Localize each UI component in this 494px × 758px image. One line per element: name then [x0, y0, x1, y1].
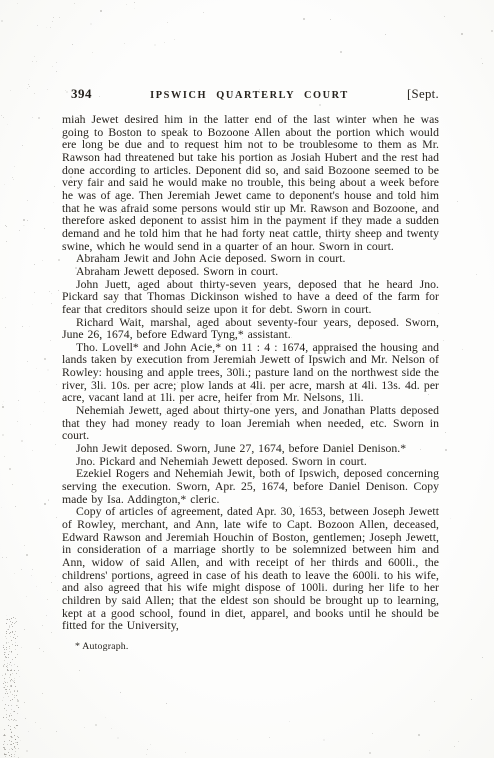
- issue-month: [Sept.: [407, 87, 439, 102]
- paragraph: John Juett, aged about thirty-seven year…: [62, 279, 439, 317]
- scanned-book-page: 394 IPSWICH QUARTERLY COURT [Sept. miah …: [0, 0, 494, 758]
- paragraph: Ezekiel Rogers and Nehemiah Jewit, both …: [62, 468, 439, 506]
- page-content: 394 IPSWICH QUARTERLY COURT [Sept. miah …: [62, 86, 439, 652]
- page-number: 394: [62, 86, 92, 102]
- paragraph: Abraham Jewit and John Acie deposed. Swo…: [62, 253, 439, 266]
- footnote: * Autograph.: [62, 641, 439, 652]
- paragraph: John Jewit deposed. Sworn, June 27, 1674…: [62, 443, 439, 456]
- paragraph: Copy of articles of agreement, dated Apr…: [62, 506, 439, 633]
- paragraph: Tho. Lovell* and John Acie,* on 11 : 4 :…: [62, 342, 439, 405]
- running-title: IPSWICH QUARTERLY COURT: [92, 90, 407, 101]
- page-body-text: miah Jewet desired him in the latter end…: [62, 114, 439, 633]
- paragraph: Richard Wait, marshal, aged about sevent…: [62, 317, 439, 342]
- paragraph: miah Jewet desired him in the latter end…: [62, 114, 439, 253]
- paragraph: Abraham Jewett deposed. Sworn in court.: [62, 266, 439, 279]
- paragraph: Nehemiah Jewett, aged about thirty-one y…: [62, 405, 439, 443]
- page-header: 394 IPSWICH QUARTERLY COURT [Sept.: [62, 86, 439, 103]
